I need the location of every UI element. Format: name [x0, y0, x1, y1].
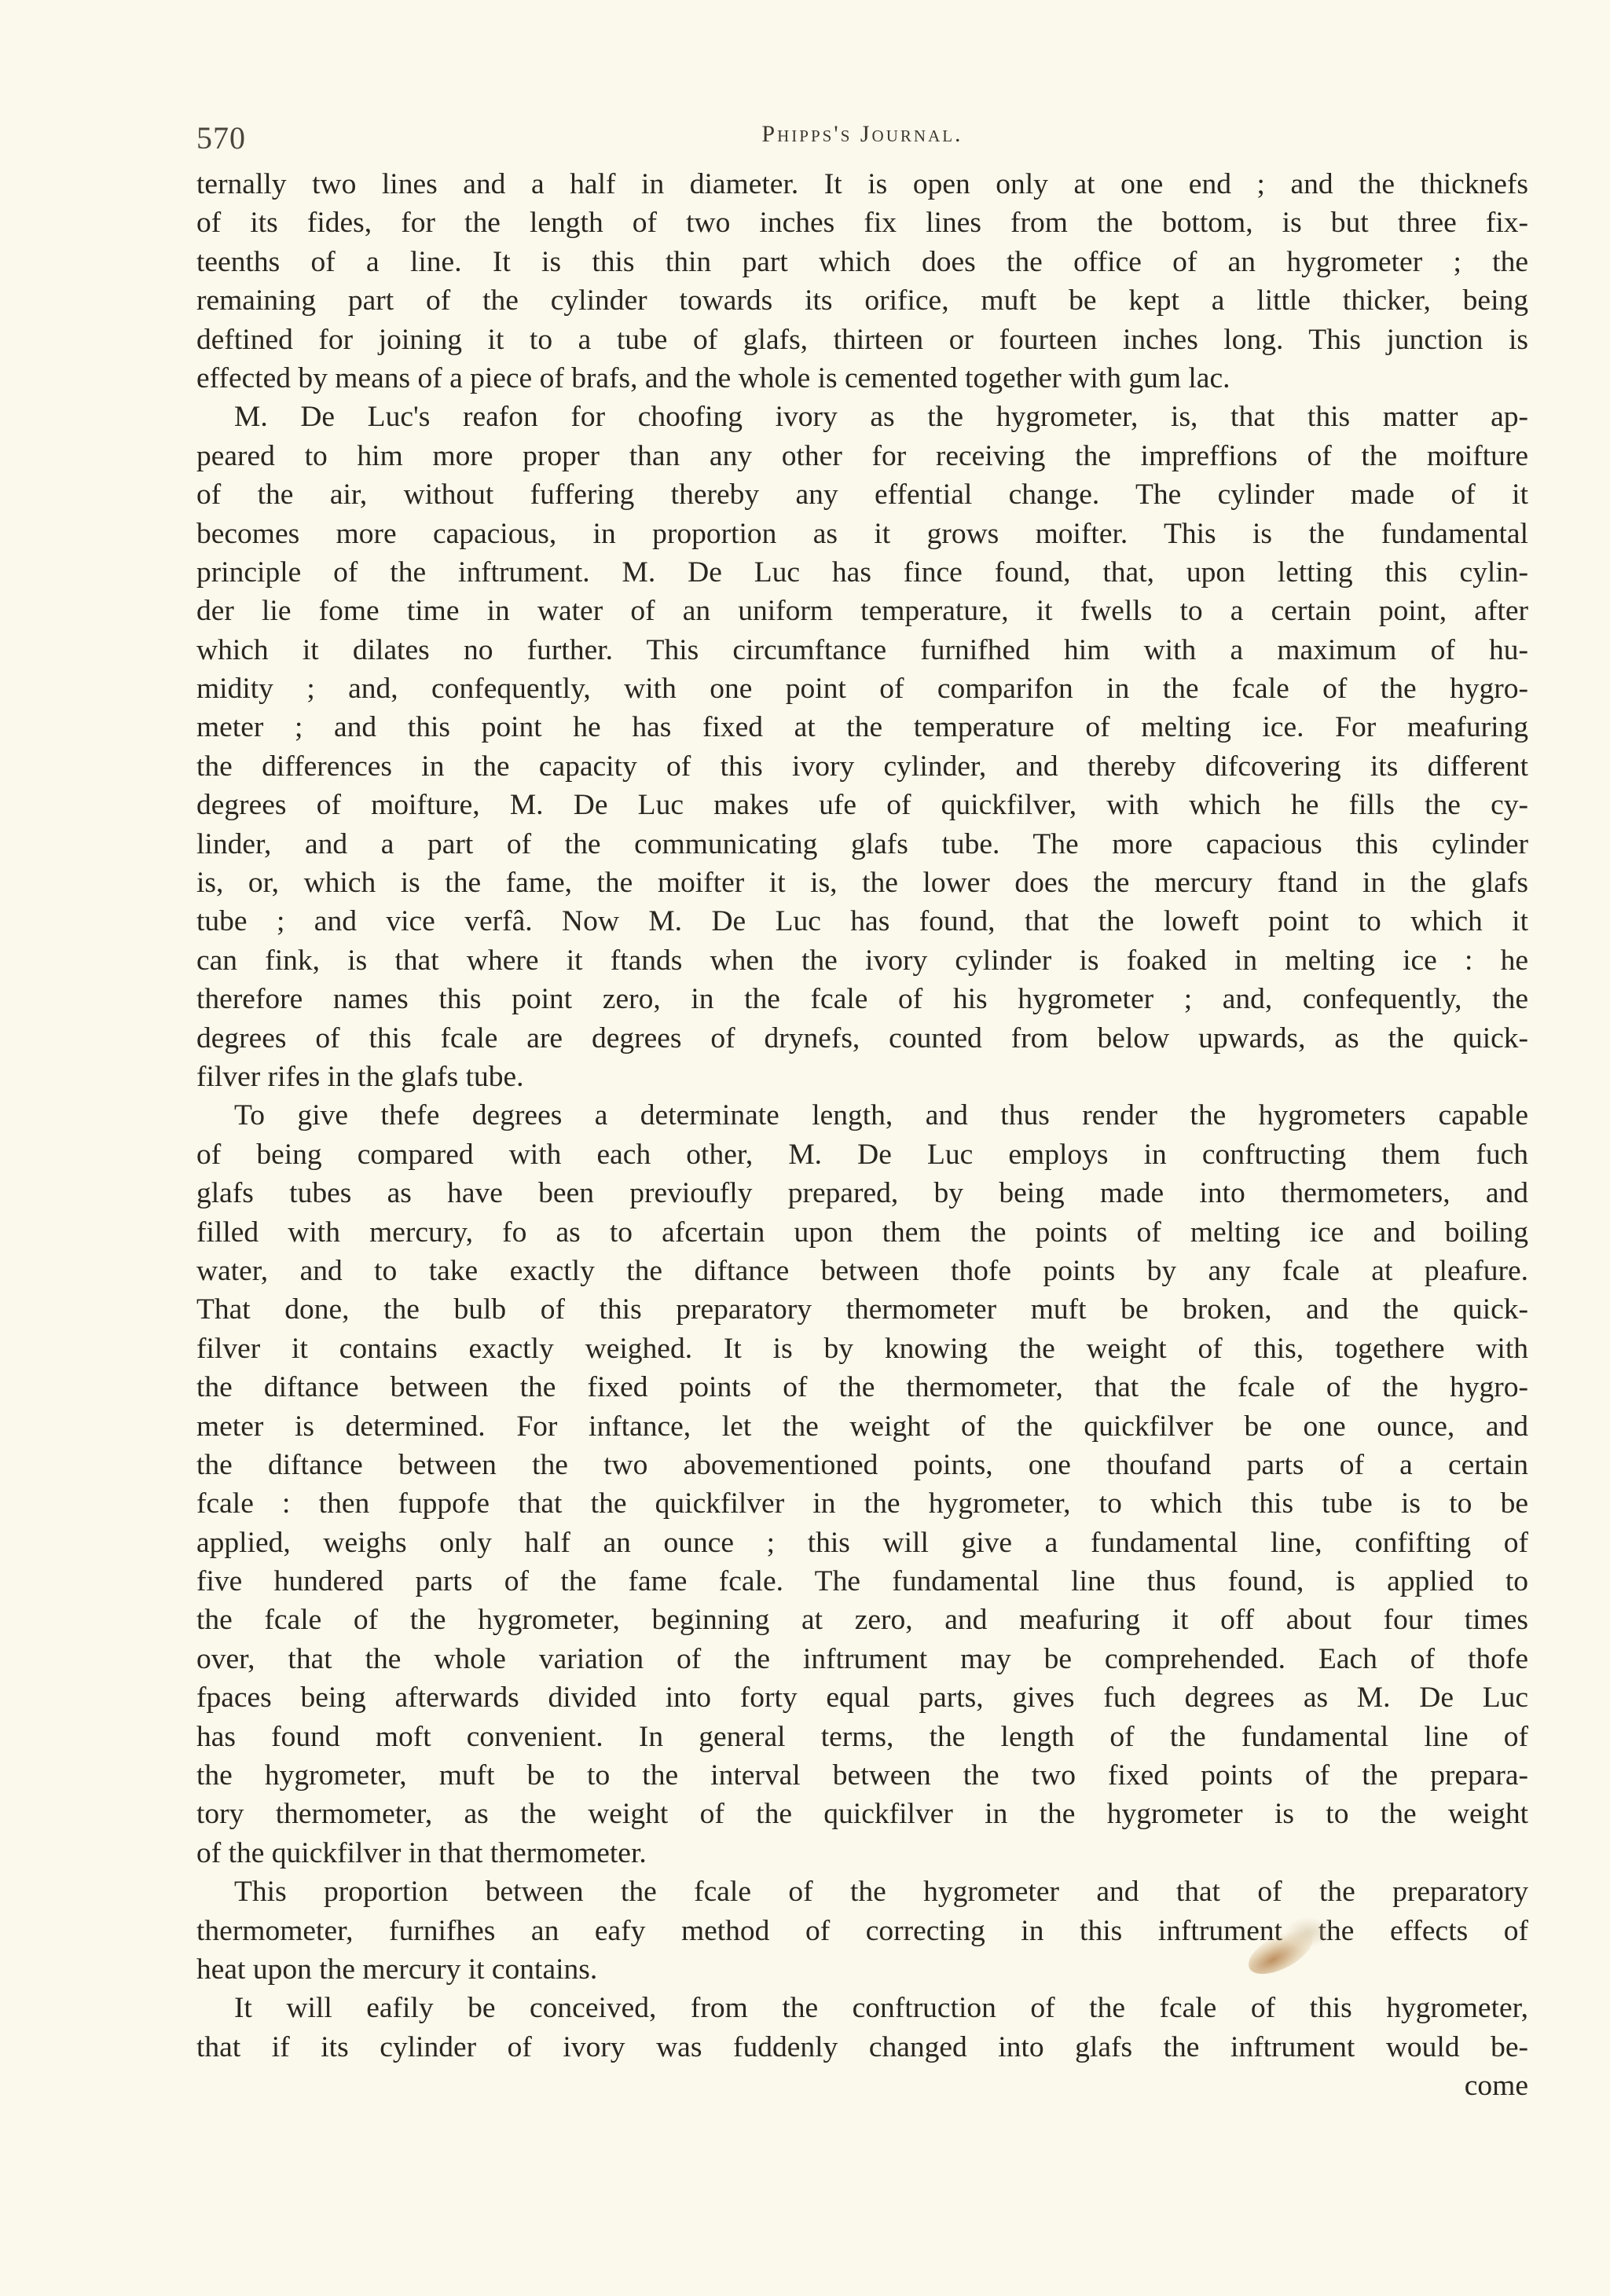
book-page: 570 Phipps's Journal. ternally two lines… — [196, 110, 1528, 2106]
text-line: teenths of a line. It is this thin part … — [196, 243, 1528, 281]
page-header: 570 Phipps's Journal. — [196, 110, 1528, 159]
text-line: deftined for joining it to a tube of gla… — [196, 321, 1528, 359]
text-line: the hygrometer, muft be to the interval … — [196, 1756, 1528, 1795]
running-head: Phipps's Journal. — [196, 121, 1528, 148]
text-line: five hundered parts of the fame fcale. T… — [196, 1562, 1528, 1601]
text-line: has found moft convenient. In general te… — [196, 1718, 1528, 1756]
catchword: come — [196, 2067, 1528, 2105]
text-line: of being compared with each other, M. De… — [196, 1135, 1528, 1174]
text-line: water, and to take exactly the diftance … — [196, 1252, 1528, 1290]
text-line: tory thermometer, as the weight of the q… — [196, 1795, 1528, 1833]
text-line: der lie fome time in water of an uniform… — [196, 592, 1528, 630]
text-line: of its fides, for the length of two inch… — [196, 204, 1528, 242]
text-line: that if its cylinder of ivory was fudden… — [196, 2028, 1528, 2067]
text-line: filled with mercury, fo as to afcertain … — [196, 1213, 1528, 1252]
paragraph-start-line: It will eafily be conceived, from the co… — [196, 1989, 1528, 2027]
text-line: peared to him more proper than any other… — [196, 437, 1528, 475]
paragraph-start-line: This proportion between the fcale of the… — [196, 1872, 1528, 1911]
text-line: fpaces being afterwards divided into for… — [196, 1678, 1528, 1717]
text-line: effected by means of a piece of brafs, a… — [196, 359, 1528, 398]
text-line: linder, and a part of the communicating … — [196, 825, 1528, 864]
text-line: is, or, which is the fame, the moifter i… — [196, 864, 1528, 902]
text-line: meter is determined. For inftance, let t… — [196, 1407, 1528, 1446]
text-line: becomes more capacious, in proportion as… — [196, 515, 1528, 553]
text-line: heat upon the mercury it contains. — [196, 1950, 1528, 1989]
text-line: remaining part of the cylinder towards i… — [196, 281, 1528, 320]
text-line: applied, weighs only half an ounce ; thi… — [196, 1524, 1528, 1562]
paragraph-start-line: M. De Luc's reafon for choofing ivory as… — [196, 398, 1528, 436]
text-line: filver rifes in the glafs tube. — [196, 1058, 1528, 1096]
text-line: principle of the inftrument. M. De Luc h… — [196, 553, 1528, 592]
text-line: midity ; and, confequently, with one poi… — [196, 669, 1528, 708]
text-line: the diftance between the two abovementio… — [196, 1446, 1528, 1484]
text-line: filver it contains exactly weighed. It i… — [196, 1330, 1528, 1368]
paragraph-start-line: To give thefe degrees a determinate leng… — [196, 1096, 1528, 1135]
text-line: ternally two lines and a half in diamete… — [196, 165, 1528, 204]
text-line: therefore names this point zero, in the … — [196, 980, 1528, 1018]
text-line: the diftance between the fixed points of… — [196, 1368, 1528, 1407]
text-line: the fcale of the hygrometer, beginning a… — [196, 1601, 1528, 1639]
text-line: meter ; and this point he has fixed at t… — [196, 708, 1528, 746]
text-line: can fink, is that where it ftands when t… — [196, 941, 1528, 980]
text-line: the differences in the capacity of this … — [196, 747, 1528, 786]
text-line: tube ; and vice verfâ. Now M. De Luc has… — [196, 902, 1528, 941]
text-line: of the air, without fuffering thereby an… — [196, 475, 1528, 514]
text-line: which it dilates no further. This circum… — [196, 631, 1528, 669]
text-line: degrees of this fcale are degrees of dry… — [196, 1019, 1528, 1058]
text-line: over, that the whole variation of the in… — [196, 1640, 1528, 1678]
text-line: degrees of moifture, M. De Luc makes ufe… — [196, 786, 1528, 824]
body-text: ternally two lines and a half in diamete… — [196, 165, 1528, 2106]
text-line: fcale : then fuppofe that the quickfilve… — [196, 1484, 1528, 1523]
text-line: glafs tubes as have been previoufly prep… — [196, 1174, 1528, 1212]
text-line: of the quickfilver in that thermometer. — [196, 1834, 1528, 1872]
text-line: That done, the bulb of this preparatory … — [196, 1290, 1528, 1329]
